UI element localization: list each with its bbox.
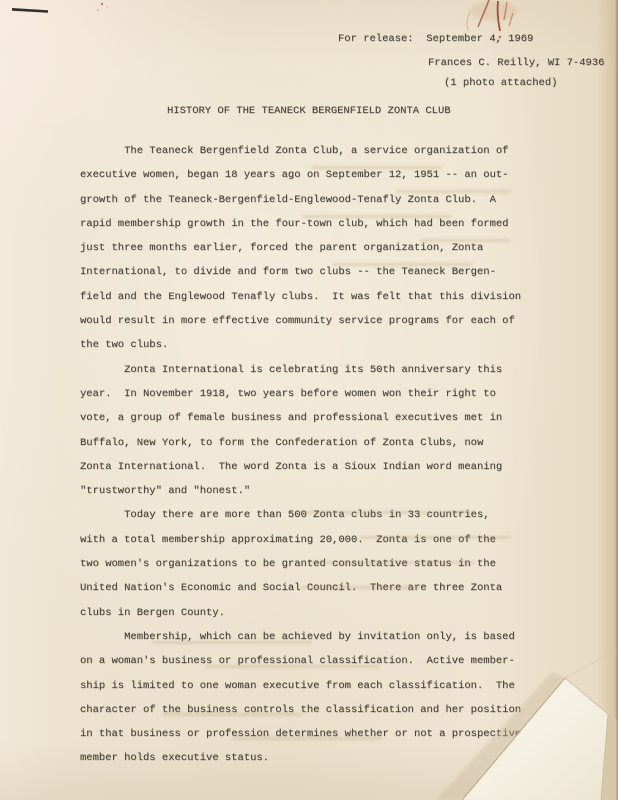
photo-note-line: (1 photo attached)	[444, 77, 557, 89]
release-date-line: For release: September 4, 1969	[338, 33, 533, 45]
scanned-press-release-page: For release: September 4, 1969 Frances C…	[0, 0, 618, 800]
page-edge-strip	[601, 714, 618, 800]
paragraph-2: Zonta International is celebrating its 5…	[80, 358, 580, 504]
document-title: HISTORY OF THE TEANECK BERGENFIELD ZONTA…	[167, 105, 451, 117]
paragraph-4: Membership, which can be achieved by inv…	[80, 625, 580, 771]
red-specks	[97, 3, 108, 11]
contact-line: Frances C. Reilly, WI 7-4936	[428, 57, 604, 69]
paragraph-1: The Teaneck Bergenfield Zonta Club, a se…	[80, 139, 580, 358]
pen-mark	[12, 8, 48, 13]
document-body: The Teaneck Bergenfield Zonta Club, a se…	[80, 139, 580, 771]
paragraph-3: Today there are more than 500 Zonta club…	[80, 503, 580, 624]
